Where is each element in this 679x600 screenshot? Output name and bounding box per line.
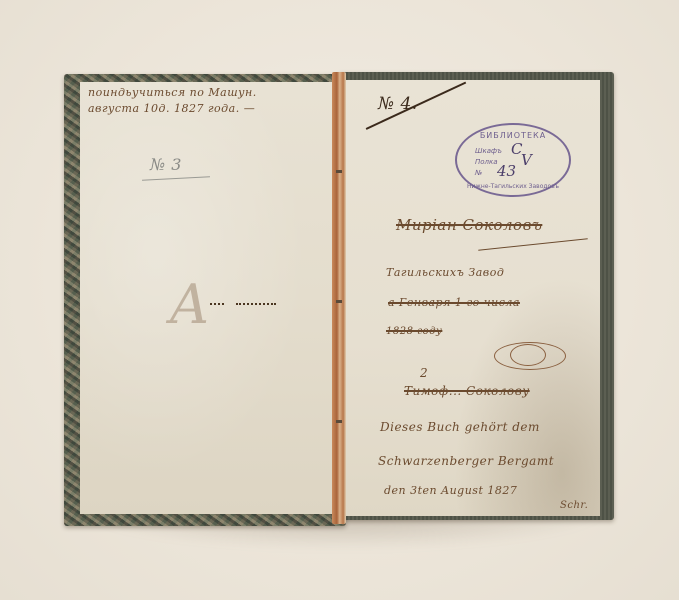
stamp-value: 43 [497, 162, 516, 180]
stamp-row-number: № 43 [475, 169, 482, 177]
left-inscription-line-1: поиндьучиться по Машун. [88, 86, 257, 99]
spine-stitch [336, 300, 342, 303]
dotted-tear-line [236, 303, 276, 305]
german-inscription-line-1: Dieses Buch gehört dem [380, 420, 540, 434]
stamp-rim-text: Нижне-Тагильских Заводовъ [457, 183, 569, 190]
struck-owner-name: Мирiан Соколовъ [396, 216, 542, 234]
stamp-title: БИБЛИОТЕКА [457, 131, 569, 140]
left-inscription-line-2: августа 10д. 1827 года. — [88, 102, 255, 115]
signature: Schr. [560, 500, 588, 511]
german-inscription-line-2: Schwarzenberger Bergamt [378, 454, 554, 468]
right-number-mark: № 4. [378, 94, 418, 114]
struck-inscription-line-5: Тимоф... Соколову [404, 384, 530, 398]
stamp-label: Полка [475, 158, 498, 166]
stamp-value: V [521, 151, 532, 169]
german-inscription-line-3: den 3ten August 1827 [384, 484, 517, 497]
left-ink-stain: A [170, 270, 240, 340]
spine-stitch [336, 170, 342, 173]
stamp-label: Шкафъ [475, 147, 502, 155]
ink-oval-mark-inner [510, 344, 546, 366]
stamp-row-shelf-level: Полка V [475, 158, 498, 166]
library-stamp: БИБЛИОТЕКА Шкафъ С Полка V № 43 Нижне-Та… [455, 123, 571, 197]
stamp-label: № [475, 169, 482, 177]
inscription-line-2: Тагильскихъ Завод [386, 266, 504, 279]
stamp-row-shelf: Шкафъ С [475, 147, 502, 155]
inscription-line-3: а Генваря 1-го числа [388, 296, 520, 309]
inscription-number-2: 2 [420, 366, 428, 380]
spine [332, 72, 346, 524]
spine-stitch [336, 420, 342, 423]
left-pencil-number: № 3 [150, 155, 182, 174]
inscription-line-4: 1828 году [386, 326, 442, 337]
dotted-tear-line [210, 303, 224, 305]
